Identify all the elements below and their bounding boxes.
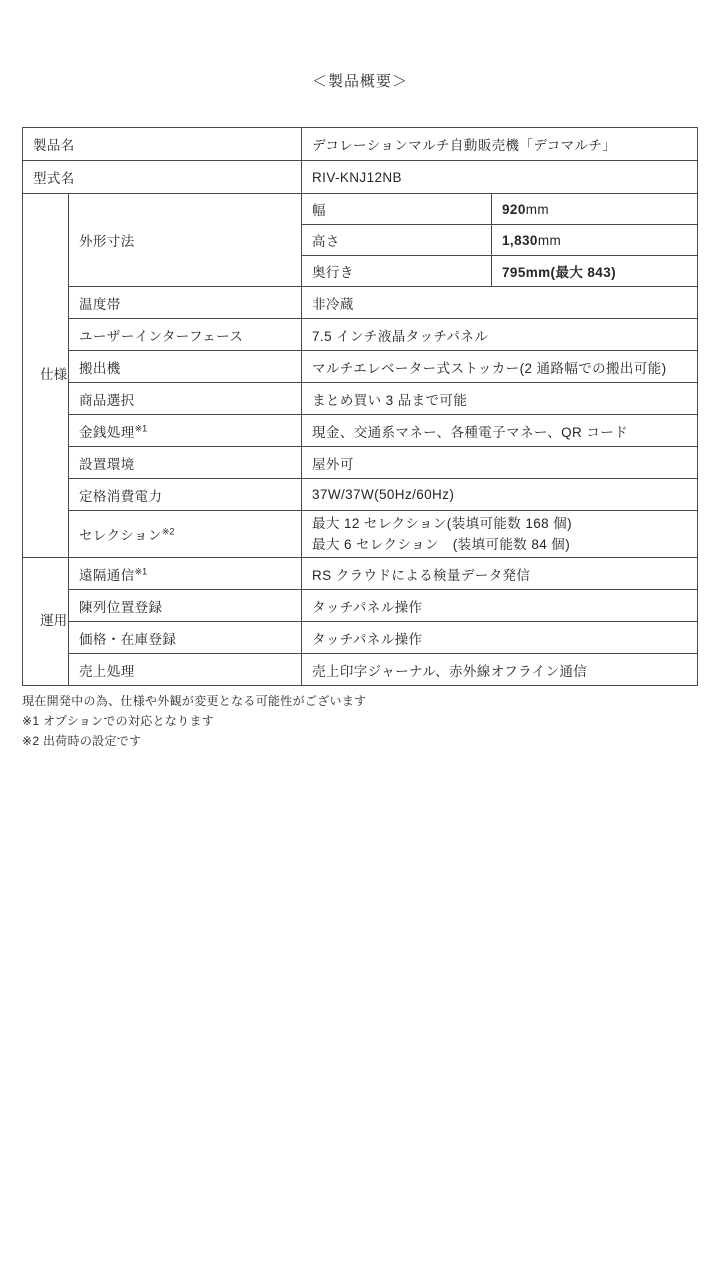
- table-row-remote-communication: 運用 遠隔通信※1 RS クラウドによる検量データ発信: [23, 558, 698, 590]
- row-value: 現金、交通系マネー、各種電子マネー、QR コード: [302, 415, 698, 447]
- row-label-text: 金銭処理: [79, 425, 135, 440]
- row-label: 製品名: [23, 128, 302, 161]
- dim-value-unit: mm: [526, 202, 549, 217]
- row-value: タッチパネル操作: [302, 622, 698, 654]
- row-value: 37W/37W(50Hz/60Hz): [302, 479, 698, 511]
- row-label-text: 定格消費電力: [79, 489, 162, 504]
- table-row-price-stock: 価格・在庫登録 タッチパネル操作: [23, 622, 698, 654]
- dim-value: 920mm: [492, 194, 698, 225]
- table-row-product-selection: 商品選択 まとめ買い 3 品まで可能: [23, 383, 698, 415]
- table-row-selection: セレクション※2 最大 12 セレクション(装填可能数 168 個) 最大 6 …: [23, 511, 698, 558]
- table-row-power-consumption: 定格消費電力 37W/37W(50Hz/60Hz): [23, 479, 698, 511]
- row-label-text: ユーザーインターフェース: [79, 329, 243, 344]
- row-label-dimensions: 外形寸法: [69, 194, 302, 287]
- table-row-dimension-width: 仕様 外形寸法 幅 920mm: [23, 194, 698, 225]
- footnotes: 現在開発中の為、仕様や外観が変更となる可能性がございます ※1 オプションでの対…: [22, 691, 720, 751]
- row-label: 金銭処理※1: [69, 415, 302, 447]
- dim-value: 795mm(最大 843): [492, 256, 698, 287]
- row-label: セレクション※2: [69, 511, 302, 558]
- dim-sub-label: 幅: [302, 194, 492, 225]
- row-value: マルチエレベーター式ストッカー(2 通路幅での搬出可能): [302, 351, 698, 383]
- group-label-spec: 仕様: [40, 361, 55, 389]
- row-value: RS クラウドによる検量データ発信: [302, 558, 698, 590]
- note-reference: ※1: [135, 423, 148, 433]
- group-cell-spec: 仕様: [23, 194, 69, 558]
- group-label-operation: 運用: [40, 607, 55, 635]
- page-title: ＜製品概要＞: [0, 70, 720, 91]
- table-row-dispenser: 搬出機 マルチエレベーター式ストッカー(2 通路幅での搬出可能): [23, 351, 698, 383]
- row-label-text: 価格・在庫登録: [79, 632, 176, 647]
- footnote-development-notice: 現在開発中の為、仕様や外観が変更となる可能性がございます: [22, 691, 720, 711]
- row-value: 屋外可: [302, 447, 698, 479]
- row-label-text: 売上処理: [79, 664, 135, 679]
- table-row-temperature: 温度帯 非冷蔵: [23, 287, 698, 319]
- product-spec-table: 製品名 デコレーションマルチ自動販売機「デコマルチ」 型式名 RIV-KNJ12…: [22, 127, 698, 686]
- row-label: 設置環境: [69, 447, 302, 479]
- row-label-text: 温度帯: [79, 297, 121, 312]
- row-value: タッチパネル操作: [302, 590, 698, 622]
- note-reference: ※1: [135, 566, 148, 576]
- row-label-text: セレクション: [79, 528, 162, 543]
- row-label: ユーザーインターフェース: [69, 319, 302, 351]
- row-value: まとめ買い 3 品まで可能: [302, 383, 698, 415]
- group-cell-operation: 運用: [23, 558, 69, 686]
- footnote-2: ※2 出荷時の設定です: [22, 731, 720, 751]
- row-value: 最大 12 セレクション(装填可能数 168 個) 最大 6 セレクション (装…: [302, 511, 698, 558]
- row-value: 7.5 インチ液晶タッチパネル: [302, 319, 698, 351]
- row-label: 価格・在庫登録: [69, 622, 302, 654]
- dim-sub-label: 奥行き: [302, 256, 492, 287]
- dim-value-number: 1,830: [502, 233, 538, 248]
- table-row-product-name: 製品名 デコレーションマルチ自動販売機「デコマルチ」: [23, 128, 698, 161]
- dim-value-unit: mm: [538, 233, 561, 248]
- table-row-payment: 金銭処理※1 現金、交通系マネー、各種電子マネー、QR コード: [23, 415, 698, 447]
- row-label-text: 商品選択: [79, 393, 135, 408]
- selection-line-1: 最大 12 セレクション(装填可能数 168 個): [312, 513, 691, 534]
- row-label: 定格消費電力: [69, 479, 302, 511]
- row-label: 型式名: [23, 161, 302, 194]
- row-value: 売上印字ジャーナル、赤外線オフライン通信: [302, 654, 698, 686]
- dim-value-number: 795mm(最大 843): [502, 265, 616, 280]
- row-label-text: 遠隔通信: [79, 568, 135, 583]
- table-row-sales-processing: 売上処理 売上印字ジャーナル、赤外線オフライン通信: [23, 654, 698, 686]
- row-label: 商品選択: [69, 383, 302, 415]
- row-label: 遠隔通信※1: [69, 558, 302, 590]
- row-label-text: 設置環境: [79, 457, 135, 472]
- table-row-display-position: 陳列位置登録 タッチパネル操作: [23, 590, 698, 622]
- selection-line-2: 最大 6 セレクション (装填可能数 84 個): [312, 534, 691, 555]
- dim-value: 1,830mm: [492, 225, 698, 256]
- row-label: 陳列位置登録: [69, 590, 302, 622]
- note-reference: ※2: [162, 527, 175, 537]
- dim-sub-label: 高さ: [302, 225, 492, 256]
- dim-value-number: 920: [502, 202, 526, 217]
- document-page: ＜製品概要＞ 製品名 デコレーションマルチ自動販売機「デコマルチ」 型式名 RI…: [0, 0, 720, 1280]
- row-label: 搬出機: [69, 351, 302, 383]
- row-value: RIV-KNJ12NB: [302, 161, 698, 194]
- table-row-user-interface: ユーザーインターフェース 7.5 インチ液晶タッチパネル: [23, 319, 698, 351]
- row-label-text: 搬出機: [79, 361, 121, 376]
- footnote-1: ※1 オプションでの対応となります: [22, 711, 720, 731]
- table-row-installation-environment: 設置環境 屋外可: [23, 447, 698, 479]
- row-value: デコレーションマルチ自動販売機「デコマルチ」: [302, 128, 698, 161]
- row-label: 温度帯: [69, 287, 302, 319]
- row-label: 売上処理: [69, 654, 302, 686]
- row-value: 非冷蔵: [302, 287, 698, 319]
- table-row-model-name: 型式名 RIV-KNJ12NB: [23, 161, 698, 194]
- row-label-text: 陳列位置登録: [79, 600, 162, 615]
